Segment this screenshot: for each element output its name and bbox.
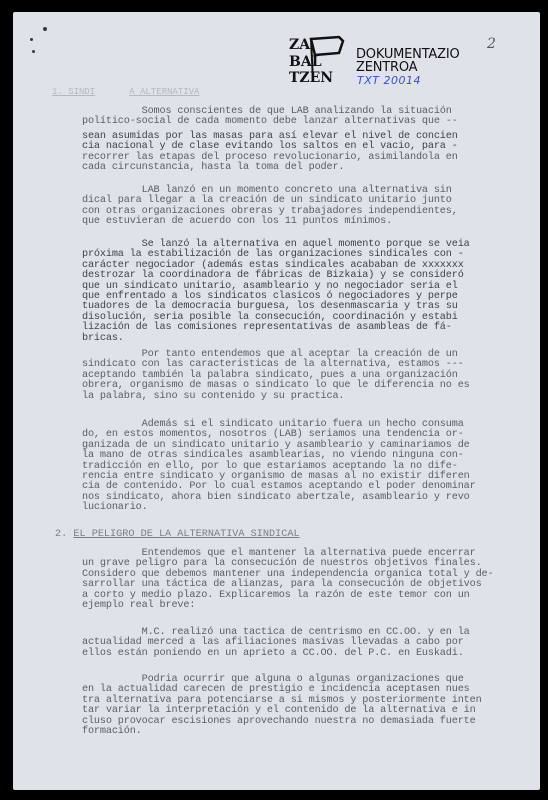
text-line: formación. [82,727,512,737]
section-heading: 2. EL PELIGRO DE LA ALTERNATIVA SINDICAL [55,529,300,540]
punch-hole [30,38,33,41]
previous-heading-part: 1. SINDI [52,87,95,97]
svg-text:BAL: BAL [289,54,322,70]
section-title: EL PELIGRO DE LA ALTERNATIVA SINDICAL [73,529,299,540]
text-line: que estuvieran de acuerdo con los 11 pun… [82,217,512,227]
page-number: 2 [487,36,496,52]
text-line: político-social de cada momento debe lan… [82,117,512,127]
text-line: cluso provocar escisiones aprovechando n… [82,717,512,727]
catalog-reference: TXT 20014 [357,74,421,87]
punch-hole [32,50,35,53]
text-line: lucionario. [82,503,512,513]
svg-text:ZA: ZA [289,37,311,53]
text-line: lización de las comisiones representativ… [82,323,512,333]
paragraph: Por tanto entendemos que al aceptar la c… [82,350,512,402]
text-line: bricas. [82,334,512,344]
paragraph: LAB lanzó en un momento concreto una alt… [82,186,512,228]
punch-hole [43,27,47,31]
paragraph: Podria ocurrir que alguna o algunas orga… [82,675,512,737]
paragraph: Se lanzó la alternativa en aquel momento… [82,240,512,344]
text-line: ellos están poniendo en un aprieto a CC.… [82,649,512,659]
zabaltzen-logo-icon: ZA BAL TZEN [289,35,351,83]
paragraph: Somos conscientes de que LAB analizando … [82,107,512,173]
archive-name-line: ZENTROA [356,61,460,74]
previous-heading-part: A ALTERNATIVA [129,87,199,97]
paragraph: Entendemos que el mantener la alternativ… [82,549,512,611]
paragraph: Además si el sindicato unitario fuera un… [82,420,512,514]
text-line: ejemplo real breve: [82,601,512,611]
previous-heading: 1. SINDIA ALTERNATIVA [52,87,233,97]
section-number: 2. [55,529,67,540]
paragraph: M.C. realizó una tactica de centrismo en… [82,628,512,659]
svg-text:TZEN: TZEN [289,70,333,83]
text-line: la palabra, sino su contenido y su pract… [82,392,512,402]
text-line: cada circunstancia, hasta la toma del po… [82,163,512,173]
archive-name: DOKUMENTAZIO ZENTROA [356,48,460,74]
